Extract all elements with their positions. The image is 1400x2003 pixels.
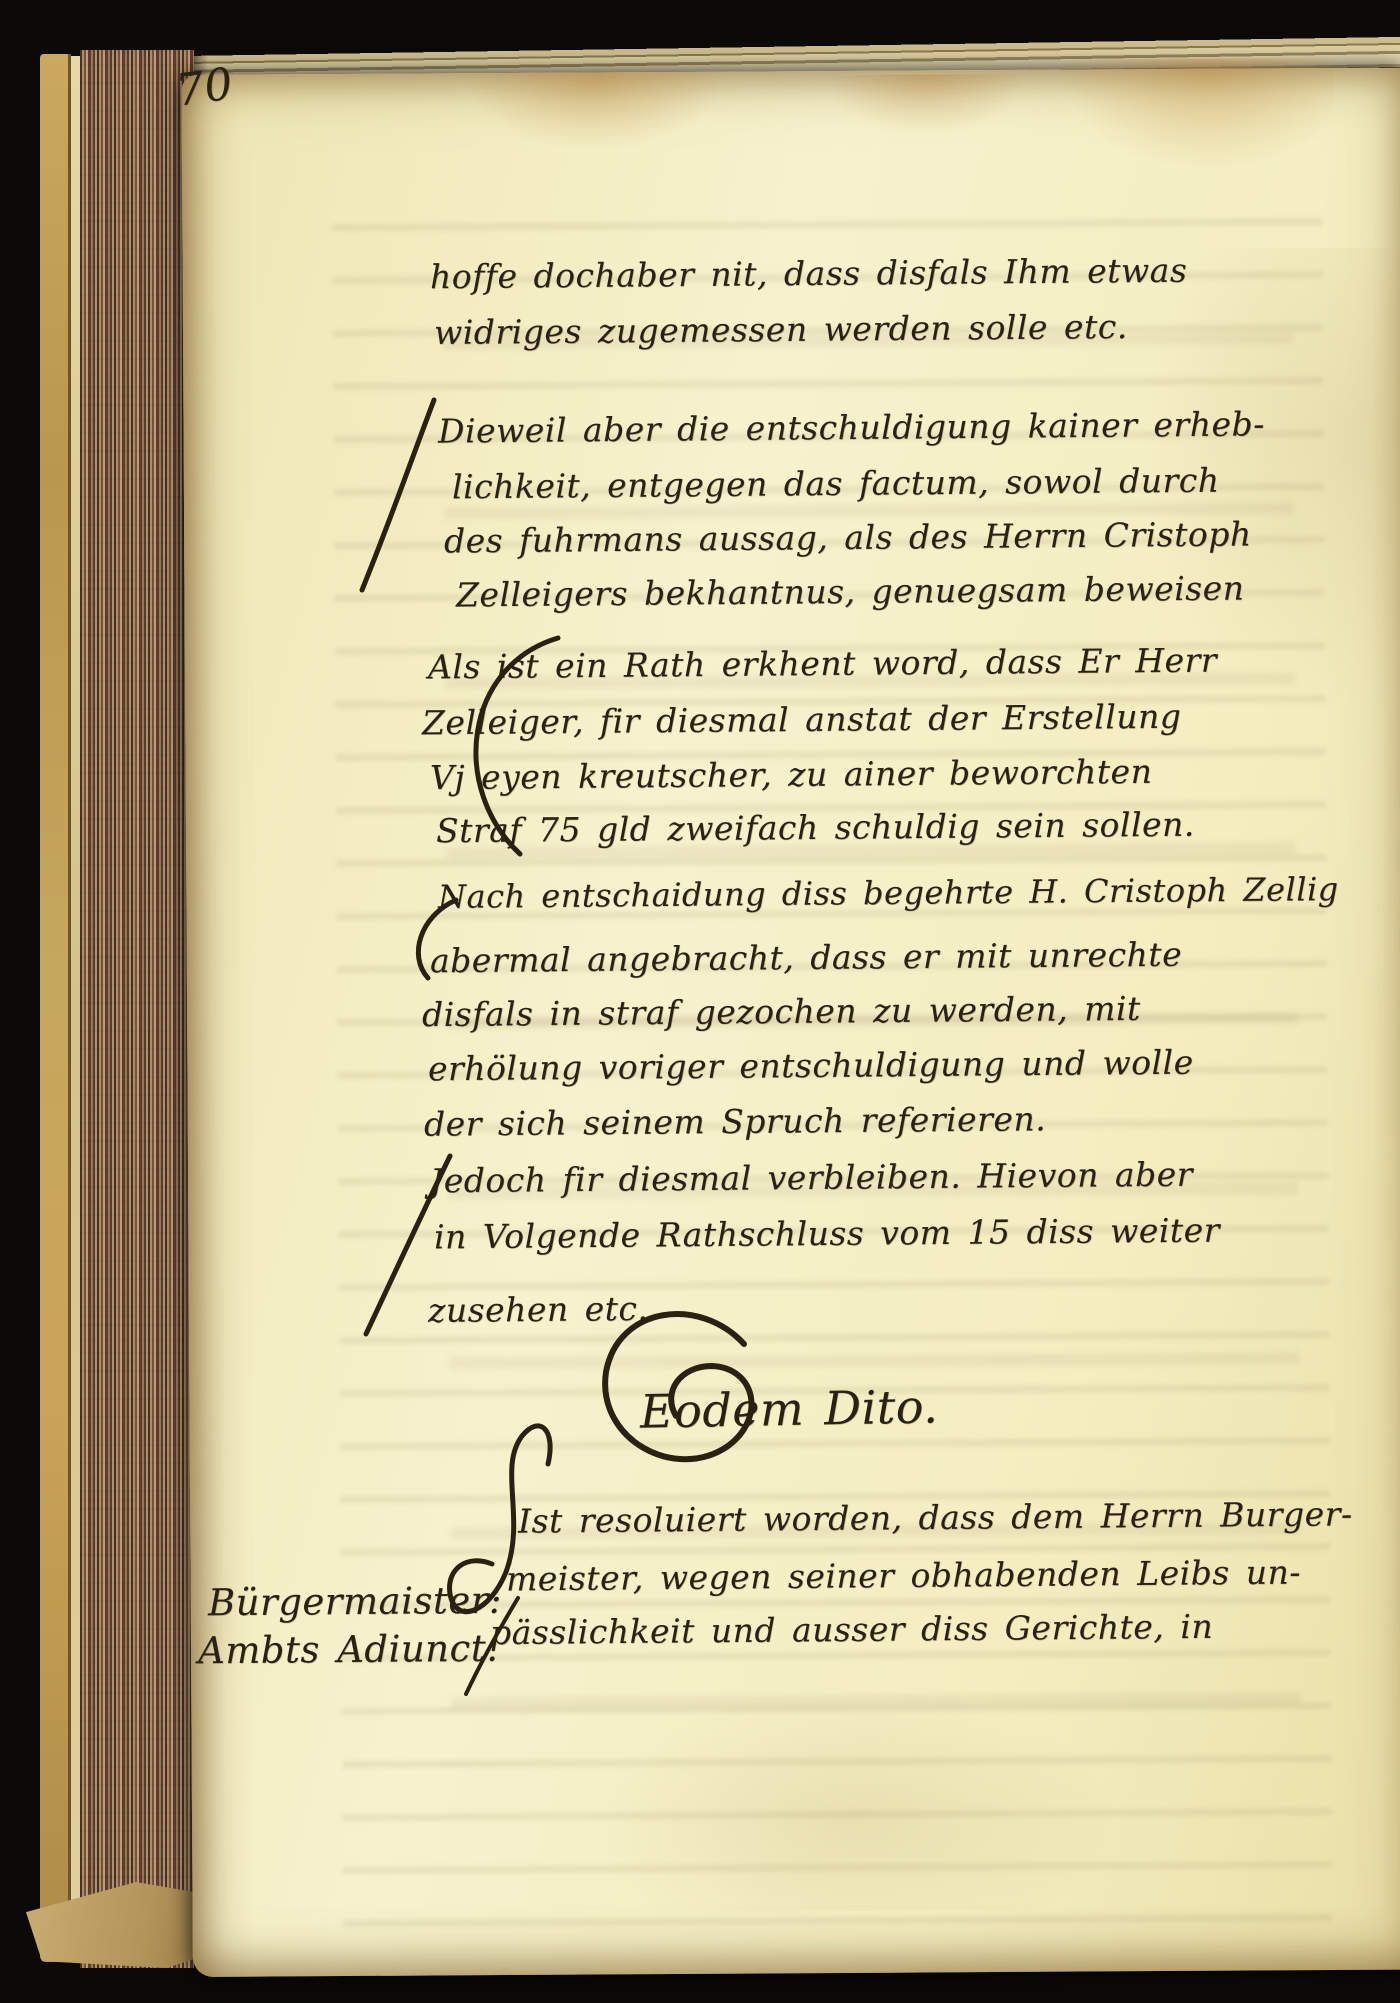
paragraph-2-line-1: Dieweil aber die entschuldigung kainer e… bbox=[438, 404, 1265, 450]
paper-stain bbox=[1053, 58, 1334, 176]
paragraph-5-line-1: Jedoch fir diesmal verbleiben. Hievon ab… bbox=[430, 1155, 1193, 1201]
paragraph-4-line-2: abermal angebracht, dass er mit unrechte bbox=[430, 935, 1182, 981]
paragraph-1-line-2: widriges zugemessen werden solle etc. bbox=[434, 307, 1128, 352]
paragraph-3-line-4: Straf 75 gld zweifach schuldig sein soll… bbox=[436, 805, 1195, 851]
section-heading-eodem-dito: Eodem Dito. bbox=[640, 1379, 939, 1438]
paragraph-2-line-4: Zelleigers bekhantnus, genuegsam beweise… bbox=[456, 569, 1245, 615]
paragraph-4-line-3: disfals in straf gezochen zu werden, mit bbox=[422, 989, 1141, 1034]
paragraph-1-line-1: hoffe dochaber nit, dass disfals Ihm etw… bbox=[430, 251, 1188, 297]
paper-stain bbox=[823, 74, 1027, 137]
paragraph-2-line-3: des fuhrmans aussag, als des Herrn Crist… bbox=[444, 514, 1252, 560]
paper-stain bbox=[463, 72, 725, 152]
manuscript-scan: { "manuscript": { "page_number": "70", "… bbox=[0, 0, 1400, 2003]
margin-note-line-1: Bürgermaister: bbox=[208, 1579, 502, 1625]
marbled-leaf-block bbox=[80, 50, 194, 1968]
book-binding-edge bbox=[40, 50, 194, 1968]
paragraph-2-line-2: lichkeit, entgegen das factum, sowol dur… bbox=[452, 461, 1220, 507]
paragraph-3-line-2: Zelleiger, fir diesmal anstat der Erstel… bbox=[422, 697, 1182, 743]
paragraph-3-line-3: Vj eyen kreutscher, zu ainer beworchten bbox=[430, 752, 1153, 797]
paragraph-5-line-3: zusehen etc. bbox=[428, 1289, 649, 1330]
paragraph-6-line-2: meister, wegen seiner obhabenden Leibs u… bbox=[506, 1553, 1301, 1599]
paragraph-5-line-2: in Volgende Rathschluss vom 15 diss weit… bbox=[434, 1211, 1220, 1257]
paragraph-4-line-4: erhölung voriger entschuldigung und woll… bbox=[428, 1043, 1194, 1089]
margin-note-line-2: Ambts Adiunct. bbox=[198, 1627, 499, 1673]
paragraph-6-line-1: Ist resoluiert worden, dass dem Herrn Bu… bbox=[518, 1494, 1353, 1540]
paragraph-4-line-1: Nach entschaidung diss begehrte H. Crist… bbox=[438, 870, 1339, 916]
page-number: 70 bbox=[173, 58, 237, 116]
paragraph-3-line-1: Als ist ein Rath erkhent word, dass Er H… bbox=[428, 641, 1217, 687]
paragraph-6-line-3: pässlichkeit und ausser diss Gerichte, i… bbox=[490, 1607, 1213, 1652]
paragraph-4-line-5: der sich seinem Spruch referieren. bbox=[424, 1099, 1046, 1143]
parchment-cover-edge bbox=[40, 54, 71, 1962]
cover-page-gap bbox=[71, 56, 80, 1960]
